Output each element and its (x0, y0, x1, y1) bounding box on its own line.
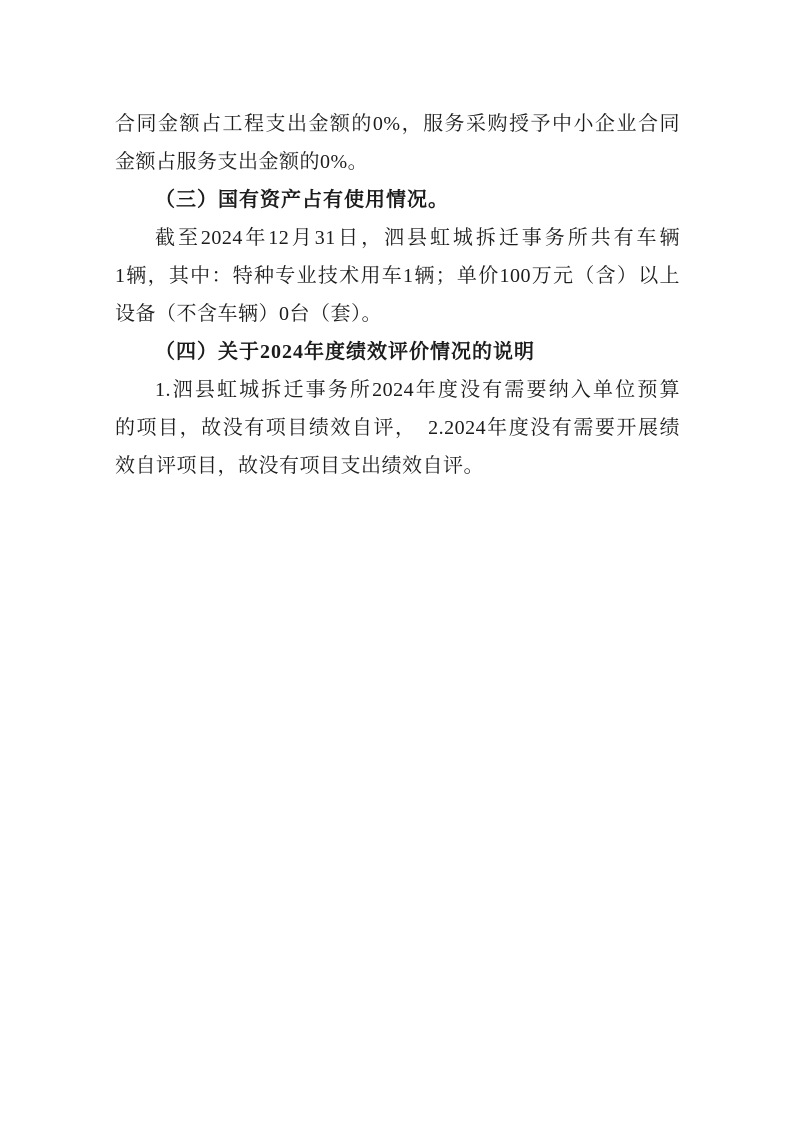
paragraph-line: 金额占服务支出金额的0%。 (115, 143, 680, 181)
paragraph-line: 截至2024年12月31日，泗县虹城拆迁事务所共有车辆 (115, 219, 680, 257)
paragraph-line: 1辆，其中：特种专业技术用车1辆；单价100万元（含）以上 (115, 257, 680, 295)
paragraph-line: 设备（不含车辆）0台（套）。 (115, 295, 680, 333)
paragraph-line: 的项目，故没有项目绩效自评， 2.2024年度没有需要开展绩 (115, 409, 680, 447)
document-page: 合同金额占工程支出金额的0%，服务采购授予中小企业合同 金额占服务支出金额的0%… (0, 0, 793, 1122)
paragraph-line: 合同金额占工程支出金额的0%，服务采购授予中小企业合同 (115, 105, 680, 143)
paragraph-line: 效自评项目，故没有项目支出绩效自评。 (115, 447, 680, 485)
paragraph-line: 1.泗县虹城拆迁事务所2024年度没有需要纳入单位预算 (115, 371, 680, 409)
section-heading: （三）国有资产占有使用情况。 (115, 181, 680, 219)
section-heading: （四）关于2024年度绩效评价情况的说明 (115, 333, 680, 371)
